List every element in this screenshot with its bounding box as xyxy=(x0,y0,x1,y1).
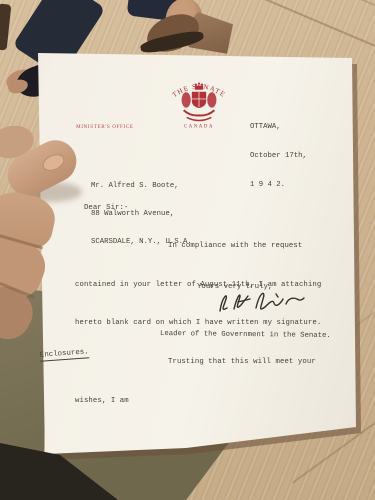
body-line: Trusting that this will meet your xyxy=(75,356,341,369)
letter-body: In compliance with the request contained… xyxy=(75,214,341,433)
photo-scene: THE SENATE CANADA MINISTER'S OFFICE OTTA… xyxy=(0,0,375,500)
dateline: OTTAWA, October 17th, 1 9 4 2. xyxy=(250,103,307,211)
ministers-office-label: MINISTER'S OFFICE xyxy=(76,124,134,130)
dateline-date: October 17th, xyxy=(250,152,307,162)
salutation: Dear Sir:- xyxy=(84,204,128,212)
crest-country-label: CANADA xyxy=(184,125,214,130)
senate-crest: THE SENATE CANADA xyxy=(160,71,238,131)
signature-jh-king xyxy=(212,287,307,319)
dateline-year: 1 9 4 2. xyxy=(250,181,307,191)
recipient-name: Mr. Alfred S. Boote, xyxy=(91,182,192,191)
body-line: wishes, I am xyxy=(75,395,341,408)
body-line: hereto blank card on which I have writte… xyxy=(75,317,341,330)
dateline-city: OTTAWA, xyxy=(250,123,307,133)
body-line: In compliance with the request xyxy=(75,240,341,253)
